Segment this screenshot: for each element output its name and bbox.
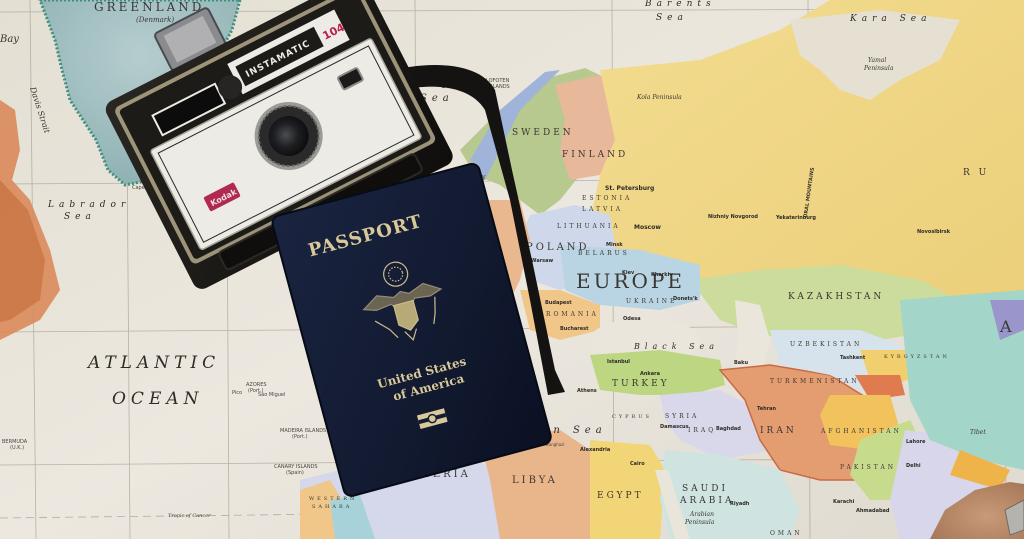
svg-text:(Port.): (Port.)	[292, 434, 307, 440]
svg-text:Baghdad: Baghdad	[716, 426, 741, 432]
label-labrador-sea: Sea	[64, 212, 96, 222]
label-labrador: Labrador	[47, 200, 130, 210]
svg-text:PAKISTAN: PAKISTAN	[840, 464, 896, 471]
svg-text:Ankara: Ankara	[640, 371, 660, 377]
svg-text:Arabian: Arabian	[689, 511, 714, 518]
svg-text:Minsk: Minsk	[606, 242, 623, 248]
svg-text:St. Petersburg: St. Petersburg	[605, 185, 654, 192]
svg-text:Warsaw: Warsaw	[531, 258, 554, 264]
svg-text:Odesa: Odesa	[623, 316, 641, 322]
svg-text:Baku: Baku	[734, 360, 749, 366]
label-kazakhstan: KAZAKHSTAN	[788, 292, 884, 302]
svg-text:TURKMENISTAN: TURKMENISTAN	[770, 378, 860, 385]
svg-text:OMAN: OMAN	[770, 530, 803, 537]
label-egypt: EGYPT	[597, 491, 644, 501]
svg-text:Athens: Athens	[577, 388, 597, 394]
svg-text:Budapest: Budapest	[545, 300, 572, 306]
label-black-sea: Black Sea	[633, 342, 719, 351]
svg-text:IRAQ: IRAQ	[688, 427, 716, 434]
label-turkey: TURKEY	[612, 379, 670, 389]
svg-text:(U.K.): (U.K.)	[10, 445, 24, 451]
label-finland: FINLAND	[562, 150, 628, 160]
svg-text:Tashkent: Tashkent	[840, 355, 866, 361]
egypt	[590, 440, 665, 539]
svg-text:Pico: Pico	[232, 390, 242, 396]
svg-text:Karachi: Karachi	[833, 499, 855, 505]
svg-text:BELARUS: BELARUS	[578, 250, 630, 257]
svg-text:Kola Peninsula: Kola Peninsula	[636, 94, 682, 101]
svg-text:Cairo: Cairo	[630, 461, 645, 467]
svg-text:A: A	[999, 317, 1015, 336]
label-greenland-sub: (Denmark)	[136, 16, 174, 24]
svg-text:Ahmadabad: Ahmadabad	[856, 508, 890, 514]
label-kara-sea: Kara Sea	[849, 14, 931, 24]
svg-text:Nizhniy Novgorod: Nizhniy Novgorod	[708, 214, 758, 220]
svg-text:Kharkiv: Kharkiv	[651, 272, 673, 278]
svg-text:Kiev: Kiev	[622, 270, 635, 276]
svg-text:Riyadh: Riyadh	[730, 501, 750, 507]
svg-text:UZBEKISTAN: UZBEKISTAN	[790, 341, 862, 348]
svg-text:São Miguel: São Miguel	[258, 392, 285, 398]
svg-text:(Spain): (Spain)	[286, 470, 304, 476]
label-greenland: GREENLAND	[94, 0, 204, 14]
svg-text:Peninsula: Peninsula	[684, 519, 715, 526]
svg-text:Bucharest: Bucharest	[560, 326, 589, 332]
svg-text:Moscow: Moscow	[634, 224, 661, 231]
svg-text:SYRIA: SYRIA	[665, 413, 699, 420]
svg-text:LITHUANIA: LITHUANIA	[557, 223, 621, 230]
svg-text:ESTONIA: ESTONIA	[582, 195, 632, 202]
svg-text:Novosibirsk: Novosibirsk	[917, 229, 951, 235]
svg-text:CYPRUS: CYPRUS	[612, 414, 652, 420]
svg-text:Delhi: Delhi	[906, 463, 921, 469]
svg-text:Lahore: Lahore	[906, 439, 926, 445]
label-saudi-arabia: ARABIA	[679, 496, 734, 506]
svg-text:Donets'k: Donets'k	[673, 296, 698, 302]
svg-text:SAHARA: SAHARA	[312, 504, 352, 510]
svg-text:UKRAINE: UKRAINE	[626, 298, 677, 305]
svg-text:SAUDI: SAUDI	[682, 484, 728, 494]
label-atlantic: ATLANTIC	[86, 353, 220, 373]
label-ocean: OCEAN	[112, 389, 204, 409]
svg-text:KYRGYZSTAN: KYRGYZSTAN	[884, 354, 950, 360]
svg-text:Sea: Sea	[656, 13, 688, 23]
travel-flatlay-photo: GREENLAND (Denmark) Bay Davis Strait Lab…	[0, 0, 1024, 539]
svg-text:WESTERN: WESTERN	[309, 496, 357, 502]
label-iran: IRAN	[760, 426, 797, 436]
svg-text:ROMANIA: ROMANIA	[546, 311, 599, 318]
svg-text:Damascus: Damascus	[660, 424, 689, 430]
map-photo-canvas: GREENLAND (Denmark) Bay Davis Strait Lab…	[0, 0, 1024, 539]
svg-text:Yekaterinburg: Yekaterinburg	[775, 215, 816, 221]
label-libya: LIBYA	[512, 475, 558, 486]
svg-text:Alexandria: Alexandria	[580, 447, 610, 453]
svg-text:LATVIA: LATVIA	[582, 206, 623, 213]
svg-text:Tibet: Tibet	[970, 429, 986, 436]
svg-text:Yamal: Yamal	[868, 57, 886, 64]
svg-text:Tehran: Tehran	[757, 406, 777, 412]
svg-text:AFGHANISTAN: AFGHANISTAN	[820, 428, 902, 435]
label-bay: Bay	[0, 34, 19, 45]
svg-text:R U: R U	[963, 168, 989, 178]
label-sweden: SWEDEN	[512, 128, 574, 138]
label-tropic: Tropic of Cancer	[168, 513, 211, 519]
svg-text:Peninsula: Peninsula	[863, 65, 894, 72]
label-barents: Barents	[644, 0, 716, 9]
svg-text:Istanbul: Istanbul	[607, 359, 630, 365]
